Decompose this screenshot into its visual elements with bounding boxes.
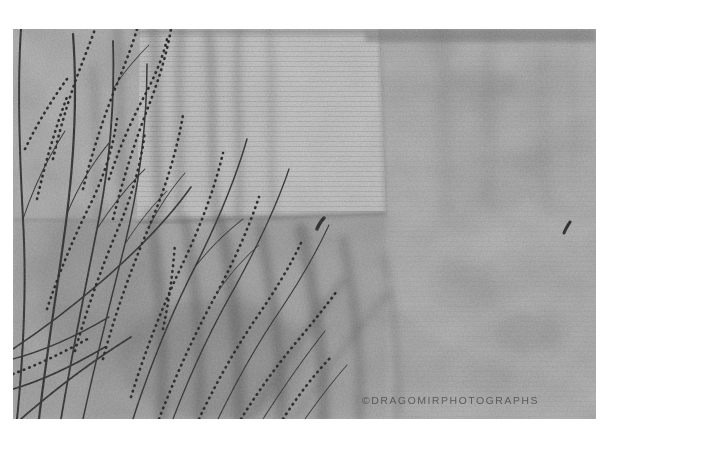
framed-photograph: ©DRAGOMIRPHOTOGRAPHS <box>13 29 596 419</box>
watermark-text: ©DRAGOMIRPHOTOGRAPHS <box>362 395 539 407</box>
photo-canvas: ©DRAGOMIRPHOTOGRAPHS <box>13 29 596 419</box>
page-background: ©DRAGOMIRPHOTOGRAPHS <box>0 0 720 459</box>
grain-layer <box>13 29 596 419</box>
